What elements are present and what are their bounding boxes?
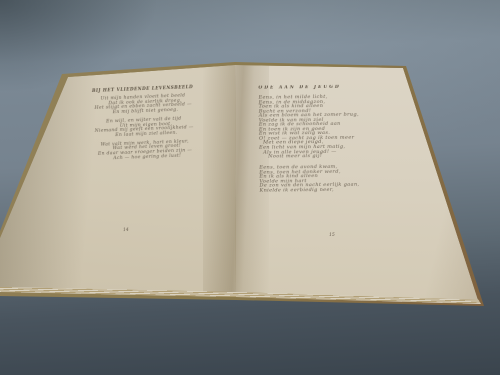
poem-line: Nooit meer als gij!	[259, 153, 381, 159]
photo: BIJ HET VLIEDENDE LEVENSBEELD Uit mijn h…	[0, 0, 500, 375]
open-book: BIJ HET VLIEDENDE LEVENSBEELD Uit mijn h…	[0, 0, 500, 375]
left-page-text: BIJ HET VLIEDENDE LEVENSBEELD Uit mijn h…	[87, 84, 202, 167]
left-page-number: 14	[123, 228, 129, 233]
open-pages	[0, 0, 500, 375]
right-poem-title: ODE AAN DE JEUGD	[258, 84, 380, 90]
right-poem-body: Eens, in het milde licht,Eens, in de mid…	[259, 94, 382, 193]
stanza: Uit mijn handen vloeit het beeldDat ik o…	[87, 94, 200, 117]
stanza: Eens, in het milde licht,Eens, in de mid…	[259, 94, 382, 159]
page-edge-shading	[0, 0, 500, 375]
poem-line: Knielde ik eerbiedig neer,	[259, 187, 381, 193]
right-page-text: ODE AAN DE JEUGD Eens, in het milde lich…	[258, 84, 381, 199]
left-poem-body: Uit mijn handen vloeit het beeldDat ik o…	[87, 94, 201, 163]
right-page-number: 15	[329, 233, 335, 238]
stanza: Eens, toen de avond kwam,Eens, toen het …	[259, 165, 381, 194]
stanza: En wijl, en wijter valt de tijdUit mijn …	[88, 117, 201, 140]
stanza: Wat valt mijn werk, hart en kleur,Wat we…	[89, 139, 202, 162]
